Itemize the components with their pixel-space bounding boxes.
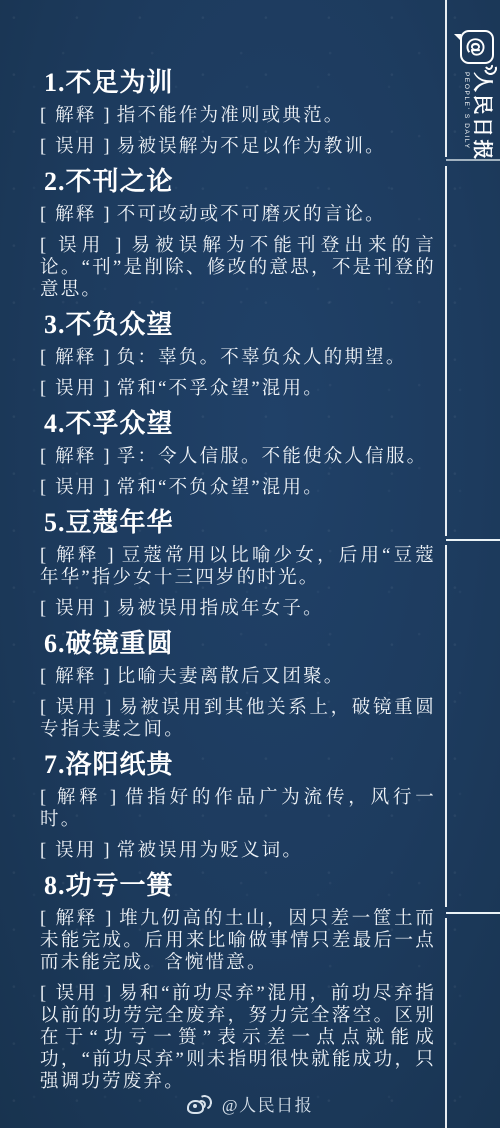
misuse-entry: [ 误用 ]常和“不孚众望”混用。 — [40, 378, 436, 400]
entry-text: 负：辜负。不辜负众人的期望。 — [117, 348, 407, 368]
idiom-number: 1. — [44, 68, 66, 97]
idiom-heading: 7.洛阳纸贵 — [44, 750, 436, 780]
misuse-entry: [ 误用 ]易被误解为不足以作为教训。 — [40, 136, 436, 158]
idiom-heading: 8.功亏一篑 — [44, 871, 436, 901]
idiom-section-8: 8.功亏一篑 [ 解释 ]堆九仞高的土山，因只差一筐土而未能完成。后用来比喻做事… — [40, 871, 436, 1093]
idiom-number: 7. — [44, 750, 66, 779]
entry-label: [ 误用 ] — [40, 137, 112, 157]
idiom-title: 功亏一篑 — [66, 871, 174, 900]
entry-label: [ 解释 ] — [40, 348, 112, 368]
definition-entry: [ 解释 ]豆蔻常用以比喻少女，后用“豆蔻年华”指少女十三四岁的时光。 — [40, 545, 436, 589]
entry-label: [ 解释 ] — [40, 447, 112, 467]
idiom-section-5: 5.豆蔻年华 [ 解释 ]豆蔻常用以比喻少女，后用“豆蔻年华”指少女十三四岁的时… — [40, 508, 436, 620]
idiom-title: 不负众望 — [66, 310, 174, 339]
idiom-title: 豆蔻年华 — [66, 508, 174, 537]
idiom-number: 6. — [44, 629, 66, 658]
misuse-entry: [ 误用 ]常和“不负众望”混用。 — [40, 477, 436, 499]
entry-text: 易被误解为不足以作为教训。 — [117, 137, 386, 157]
idiom-heading: 1.不足为训 — [44, 68, 436, 98]
misuse-entry: [ 误用 ]易被误解为不能刊登出来的言论。“刊”是削除、修改的意思，不是刊登的意… — [40, 235, 436, 301]
right-vertical-rule — [445, 0, 447, 157]
entry-text: 不可改动或不可磨灭的言论。 — [117, 205, 386, 225]
footer: @人民日报 — [0, 1091, 500, 1116]
weibo-icon — [187, 1094, 213, 1114]
right-vertical-rule — [445, 545, 447, 907]
entry-text: 常和“不负众望”混用。 — [117, 478, 324, 498]
idiom-heading: 4.不孚众望 — [44, 409, 436, 439]
idiom-section-1: 1.不足为训 [ 解释 ]指不能作为准则或典范。 [ 误用 ]易被误解为不足以作… — [40, 68, 436, 158]
idiom-title: 不刊之论 — [66, 167, 174, 196]
weibo-handle: @人民日报 — [222, 1091, 313, 1116]
entry-label: [ 解释 ] — [40, 205, 112, 225]
definition-entry: [ 解释 ]指不能作为准则或典范。 — [40, 105, 436, 127]
entry-text: 易被误用指成年女子。 — [117, 599, 324, 619]
idiom-section-7: 7.洛阳纸贵 [ 解释 ]借指好的作品广为流传，风行一时。 [ 误用 ]常被误用… — [40, 750, 436, 862]
entry-label: [ 解释 ] — [40, 909, 114, 929]
entry-text: 孚：令人信服。不能使众人信服。 — [117, 447, 428, 467]
entry-label: [ 误用 ] — [40, 599, 112, 619]
at-glyph: @ — [465, 37, 489, 57]
idiom-number: 4. — [44, 409, 66, 438]
entry-label: [ 解释 ] — [40, 106, 112, 126]
idiom-title: 不足为训 — [66, 68, 174, 97]
idiom-title: 不孚众望 — [66, 409, 174, 438]
logo-name-en: PEOPLE' S DAILY — [462, 72, 469, 162]
misuse-entry: [ 误用 ]常被误用为贬义词。 — [40, 840, 436, 862]
entry-label: [ 解释 ] — [40, 667, 112, 687]
entry-label: [ 误用 ] — [40, 236, 124, 256]
entry-label: [ 误用 ] — [40, 841, 112, 861]
idiom-number: 8. — [44, 871, 66, 900]
misuse-entry: [ 误用 ]易被误用到其他关系上，破镜重圆专指夫妻之间。 — [40, 697, 436, 741]
at-speech-bubble-icon: @ — [460, 30, 494, 64]
idiom-heading: 3.不负众望 — [44, 310, 436, 340]
entry-label: [ 解释 ] — [40, 546, 116, 566]
peoples-daily-logo: @ 人民日报 PEOPLE' S DAILY — [456, 30, 498, 144]
entry-label: [ 误用 ] — [40, 379, 112, 399]
idiom-list: 1.不足为训 [ 解释 ]指不能作为准则或典范。 [ 误用 ]易被误解为不足以作… — [40, 68, 436, 1102]
section-tick-line — [446, 539, 500, 541]
entry-text: 常被误用为贬义词。 — [117, 841, 303, 861]
idiom-number: 5. — [44, 508, 66, 537]
definition-entry: [ 解释 ]孚：令人信服。不能使众人信服。 — [40, 446, 436, 468]
entry-label: [ 误用 ] — [40, 478, 112, 498]
definition-entry: [ 解释 ]借指好的作品广为流传，风行一时。 — [40, 787, 436, 831]
idiom-number: 2. — [44, 167, 66, 196]
definition-entry: [ 解释 ]堆九仞高的土山，因只差一筐土而未能完成。后用来比喻做事情只差最后一点… — [40, 908, 436, 974]
idiom-section-4: 4.不孚众望 [ 解释 ]孚：令人信服。不能使众人信服。 [ 误用 ]常和“不负… — [40, 409, 436, 499]
entry-label: [ 误用 ] — [40, 984, 114, 1004]
logo-text: 人民日报 PEOPLE' S DAILY — [462, 72, 492, 162]
definition-entry: [ 解释 ]比喻夫妻离散后又团聚。 — [40, 666, 436, 688]
idiom-heading: 6.破镜重圆 — [44, 629, 436, 659]
entry-text: 比喻夫妻离散后又团聚。 — [117, 667, 345, 687]
idiom-heading: 2.不刊之论 — [44, 167, 436, 197]
idiom-section-6: 6.破镜重圆 [ 解释 ]比喻夫妻离散后又团聚。 [ 误用 ]易被误用到其他关系… — [40, 629, 436, 741]
misuse-entry: [ 误用 ]易和“前功尽弃”混用，前功尽弃指以前的功劳完全废弃，努力完全落空。区… — [40, 983, 436, 1093]
idiom-number: 3. — [44, 310, 66, 339]
idiom-title: 破镜重圆 — [66, 629, 174, 658]
idiom-title: 洛阳纸贵 — [66, 750, 174, 779]
speech-tail-icon — [454, 34, 461, 41]
idiom-heading: 5.豆蔻年华 — [44, 508, 436, 538]
logo-name-cn: 人民日报 — [472, 72, 492, 162]
misuse-entry: [ 误用 ]易被误用指成年女子。 — [40, 598, 436, 620]
right-vertical-rule — [445, 166, 447, 536]
entry-label: [ 解释 ] — [40, 788, 118, 808]
entry-text: 指不能作为准则或典范。 — [117, 106, 345, 126]
idiom-section-3: 3.不负众望 [ 解释 ]负：辜负。不辜负众人的期望。 [ 误用 ]常和“不孚众… — [40, 310, 436, 400]
definition-entry: [ 解释 ]不可改动或不可磨灭的言论。 — [40, 204, 436, 226]
idiom-section-2: 2.不刊之论 [ 解释 ]不可改动或不可磨灭的言论。 [ 误用 ]易被误解为不能… — [40, 167, 436, 301]
section-tick-line — [446, 912, 500, 914]
definition-entry: [ 解释 ]负：辜负。不辜负众人的期望。 — [40, 347, 436, 369]
entry-label: [ 误用 ] — [40, 698, 114, 718]
entry-text: 常和“不孚众望”混用。 — [117, 379, 324, 399]
